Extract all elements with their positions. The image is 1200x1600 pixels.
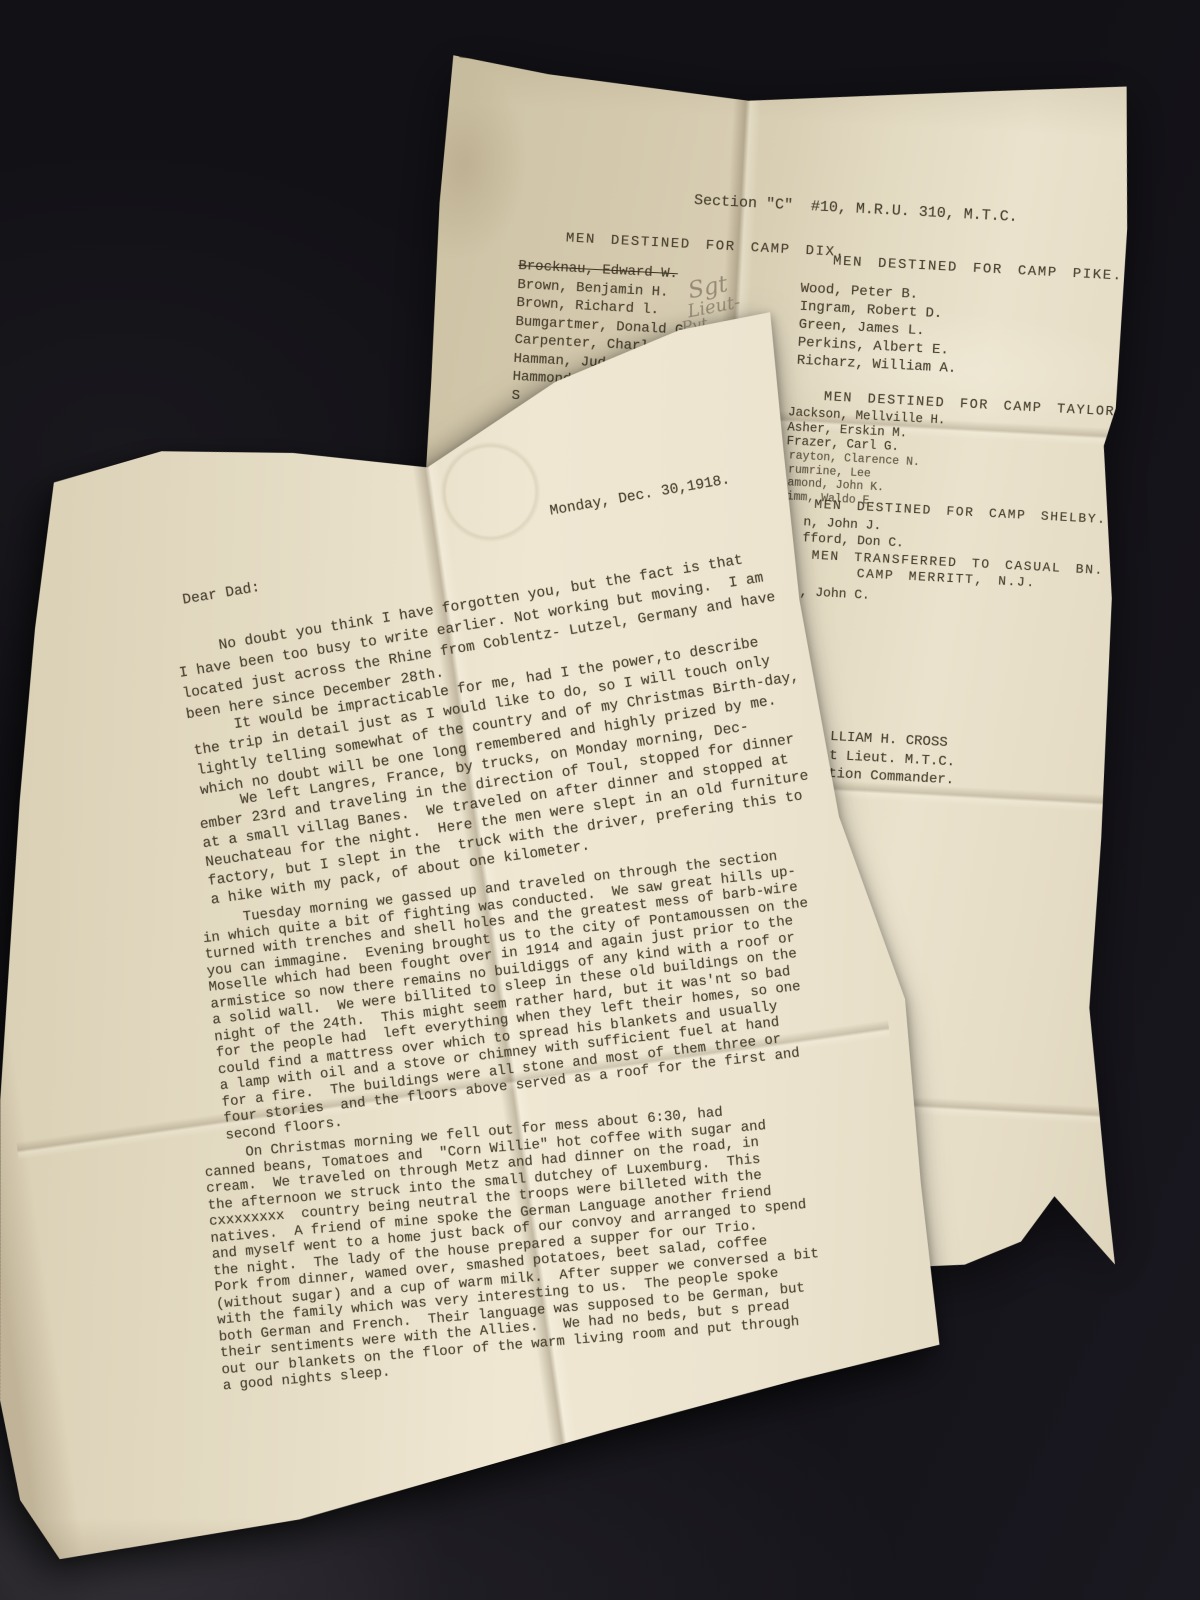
letter-paragraph-5: On Christmas morning we fell out for mes… bbox=[203, 1098, 826, 1395]
torn-edge-marks bbox=[457, 48, 522, 63]
letter-sheet: Monday, Dec. 30,1918. Dear Dad: No doubt… bbox=[0, 252, 999, 1588]
letter-date: Monday, Dec. 30,1918. bbox=[549, 472, 732, 519]
letter-paper: Monday, Dec. 30,1918. Dear Dad: No doubt… bbox=[0, 252, 999, 1588]
camp-pike-heading: MEN DESTINED FOR CAMP PIKE. bbox=[833, 252, 1124, 286]
roster-header: Section "C" #10, M.R.U. 310, M.T.C. bbox=[694, 192, 1019, 227]
letter-salutation: Dear Dad: bbox=[181, 580, 261, 609]
photo-background: Section "C" #10, M.R.U. 310, M.T.C. MEN … bbox=[0, 0, 1200, 1600]
